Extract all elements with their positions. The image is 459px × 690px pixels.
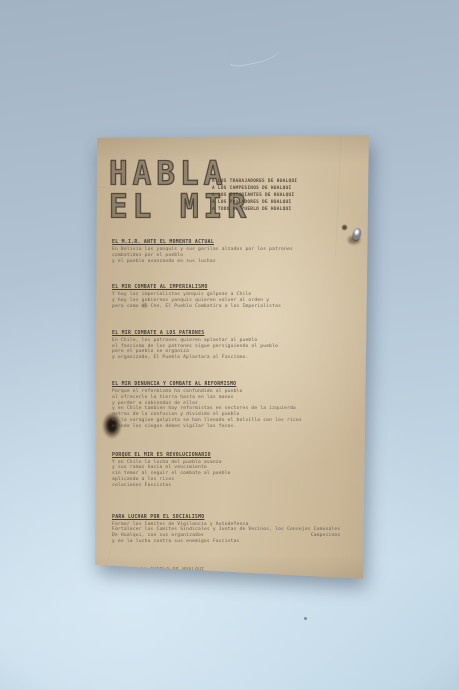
section-line: soluciones Fascistas <box>112 483 358 489</box>
section-line: y en la lucha contra sus enemigos Fascis… <box>112 539 358 545</box>
section-heading: EL MIR COMBATE AL IMPERIALISMO <box>112 285 208 292</box>
leaflet-section: EL MIR COMBATE AL IMPERIALISMOY hoy los … <box>112 273 358 309</box>
leaflet-section: PARA LUCHAR POR EL SOCIALISMOFormar los … <box>112 503 358 545</box>
section-heading: EL MIR COMBATE A LOS PATRONES <box>112 331 204 338</box>
section-heading: PARA LUCHAR POR EL SOCIALISMO <box>112 515 204 522</box>
addressee-line: A LOS TRABAJADORES DE HUALQUI <box>212 178 362 185</box>
wall-speck <box>304 617 307 620</box>
addressee-list: A LOS TRABAJADORES DE HUALQUIA LOS CAMPE… <box>212 178 362 213</box>
section-heading: PORQUE EL MIR ES REVOLUCIONARIO <box>112 453 211 460</box>
addressee-line: A LOS POBLADORES DE HUALQUI <box>212 199 362 206</box>
leaflet-section: EL MIR DENUNCIA Y COMBATE AL REFORMISMOP… <box>112 370 358 430</box>
section-heading: EL M.I.R. ANTE EL MOMENTO ACTUAL <box>112 240 214 247</box>
leaflet-section: EL M.I.R. ANTE EL MOMENTO ACTUALEn Boliv… <box>112 228 358 264</box>
addressee-line: A TODO EL PUEBLO DE HUALQUI <box>212 206 362 213</box>
paper-sheet: HABLA EL MIR A LOS TRABAJADORES DE HUALQ… <box>92 132 372 582</box>
addressee-line: A LOS ESTUDIANTES DE HUALQUI <box>212 192 362 199</box>
section-heading: LLAMAMOS AL PUEBLO DE HUALQUI <box>112 568 204 576</box>
section-line: cuando los ciegos deben vigilar los foco… <box>112 424 358 430</box>
section-line: pero como el Che, El Pueblo Combatira a … <box>112 304 358 310</box>
section-heading: EL MIR DENUNCIA Y COMBATE AL REFORMISMO <box>112 382 236 389</box>
photo-scene: HABLA EL MIR A LOS TRABAJADORES DE HUALQ… <box>0 0 459 690</box>
leaflet-section: EL MIR COMBATE A LOS PATRONESEn Chile, l… <box>112 319 358 361</box>
section-line: y organizado, El Pueblo Aplastara al Fas… <box>112 355 358 361</box>
leaflet-section: PORQUE EL MIR ES REVOLUCIONARIOY en Chil… <box>112 441 358 489</box>
leaflet-paper: HABLA EL MIR A LOS TRABAJADORES DE HUALQ… <box>92 132 372 582</box>
pin-hole-mark <box>342 225 347 230</box>
section-line: a unirse con obreros, pobladores y estud… <box>112 575 358 581</box>
section-line: y el pueblo avanzando en sus luchas <box>112 259 358 265</box>
printed-content: HABLA EL MIR A LOS TRABAJADORES DE HUALQ… <box>92 132 372 582</box>
addressee-line: A LOS CAMPESINOS DE HUALQUI <box>212 185 362 192</box>
